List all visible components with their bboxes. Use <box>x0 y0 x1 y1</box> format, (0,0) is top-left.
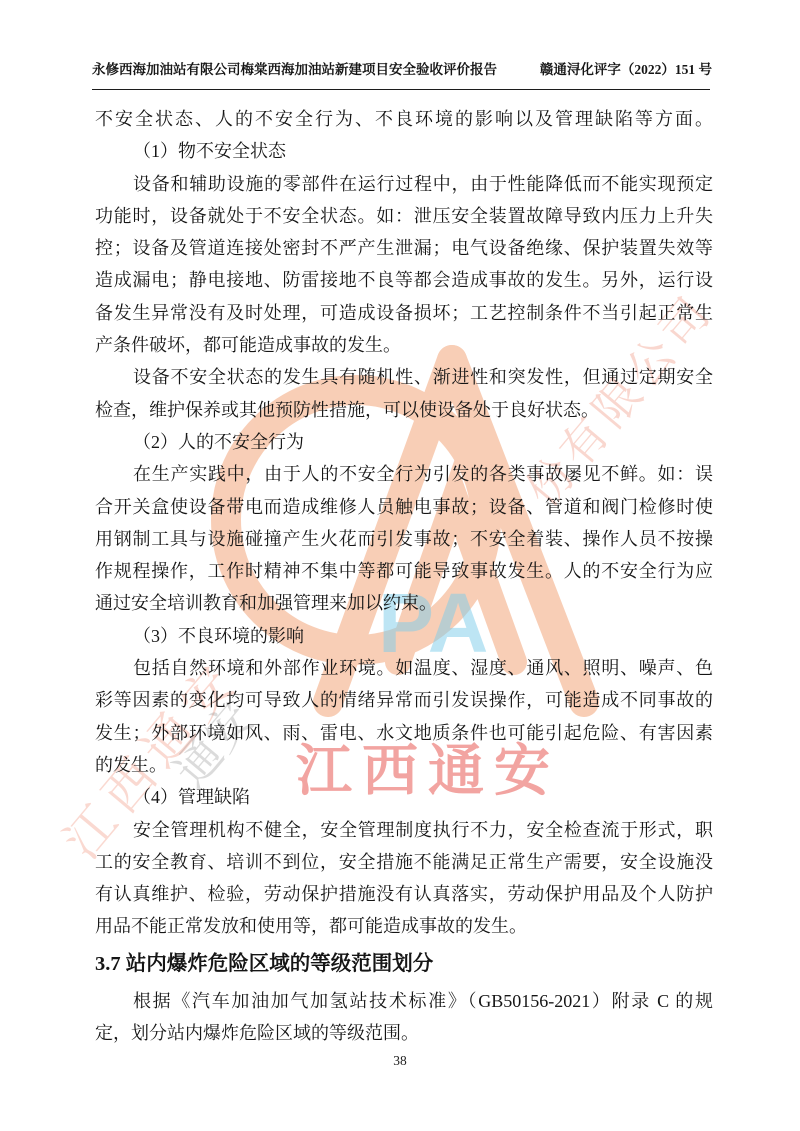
body-line: 功能时，设备就处于不安全状态。如：泄压安全装置故障导致内压力上升失 <box>95 200 713 232</box>
body-line: 合开关盒使设备带电而造成维修人员触电事故；设备、管道和阀门检修时使 <box>95 491 713 523</box>
body-line: （3）不良环境的影响 <box>95 620 713 652</box>
body-line: 发生；外部环境如风、雨、雷电、水文地质条件也可能引起危险、有害因素 <box>95 717 713 749</box>
body-line: 设备不安全状态的发生具有随机性、渐进性和突发性，但通过定期安全 <box>95 361 713 393</box>
page-number: 38 <box>0 1053 800 1069</box>
body-line: 定，划分站内爆炸危险区域的等级范围。 <box>95 1017 713 1049</box>
body-line: 设备和辅助设施的零部件在运行过程中，由于性能降低而不能实现预定 <box>95 168 713 200</box>
body-line: 根据《汽车加油加气加氢站技术标准》（GB50156-2021）附录 C 的规 <box>95 985 713 1017</box>
body-line: 有认真维护、检验，劳动保护措施没有认真落实，劳动保护用品及个人防护 <box>95 878 713 910</box>
body-line: （1）物不安全状态 <box>95 135 713 167</box>
section-heading: 3.7 站内爆炸危险区域的等级范围划分 <box>95 943 713 985</box>
header-rule <box>92 89 710 90</box>
body-line: （4）管理缺陷 <box>95 781 713 813</box>
body-line: 不安全状态、人的不安全行为、不良环境的影响以及管理缺陷等方面。 <box>95 103 713 135</box>
body-line: 作规程操作，工作时精神不集中等都可能导致事故发生。人的不安全行为应 <box>95 555 713 587</box>
body-text: 不安全状态、人的不安全行为、不良环境的影响以及管理缺陷等方面。 （1）物不安全状… <box>95 103 713 1049</box>
body-line: （2）人的不安全行为 <box>95 426 713 458</box>
page-header: 永修西海加油站有限公司梅棠西海加油站新建项目安全验收评价报告 赣通浔化评字（20… <box>92 58 712 78</box>
body-line: 用钢制工具与设施碰撞产生火花而引发事故；不安全着装、操作人员不按操 <box>95 523 713 555</box>
body-line: 包括自然环境和外部作业环境。如温度、湿度、通风、照明、噪声、色 <box>95 652 713 684</box>
body-line: 通过安全培训教育和加强管理来加以约束。 <box>95 587 713 619</box>
body-line: 彩等因素的变化均可导致人的情绪异常而引发误操作，可能造成不同事故的 <box>95 684 713 716</box>
body-line: 安全管理机构不健全，安全管理制度执行不力，安全检查流于形式，职 <box>95 814 713 846</box>
body-line: 在生产实践中，由于人的不安全行为引发的各类事故屡见不鲜。如：误 <box>95 458 713 490</box>
body-line: 检查，维护保养或其他预防性措施，可以使设备处于良好状态。 <box>95 394 713 426</box>
body-line: 控；设备及管道连接处密封不严产生泄漏；电气设备绝缘、保护装置失效等 <box>95 232 713 264</box>
header-document-number: 赣通浔化评字（2022）151 号 <box>540 58 712 78</box>
body-line: 产条件破坏，都可能造成事故的发生。 <box>95 329 713 361</box>
document-page: PA 份有限公司 江西通安 通安 江西通安 永修西海加油站有限公司梅棠西海加油站… <box>0 0 800 1131</box>
body-line: 造成漏电；静电接地、防雷接地不良等都会造成事故的发生。另外，运行设 <box>95 264 713 296</box>
body-line: 用品不能正常发放和使用等，都可能造成事故的发生。 <box>95 910 713 942</box>
page-content: 永修西海加油站有限公司梅棠西海加油站新建项目安全验收评价报告 赣通浔化评字（20… <box>0 0 800 1131</box>
body-line: 备发生异常没有及时处理，可造成设备损坏；工艺控制条件不当引起正常生 <box>95 297 713 329</box>
body-line: 的发生。 <box>95 749 713 781</box>
body-line: 工的安全教育、培训不到位，安全措施不能满足正常生产需要，安全设施没 <box>95 846 713 878</box>
header-report-title: 永修西海加油站有限公司梅棠西海加油站新建项目安全验收评价报告 <box>92 58 497 78</box>
